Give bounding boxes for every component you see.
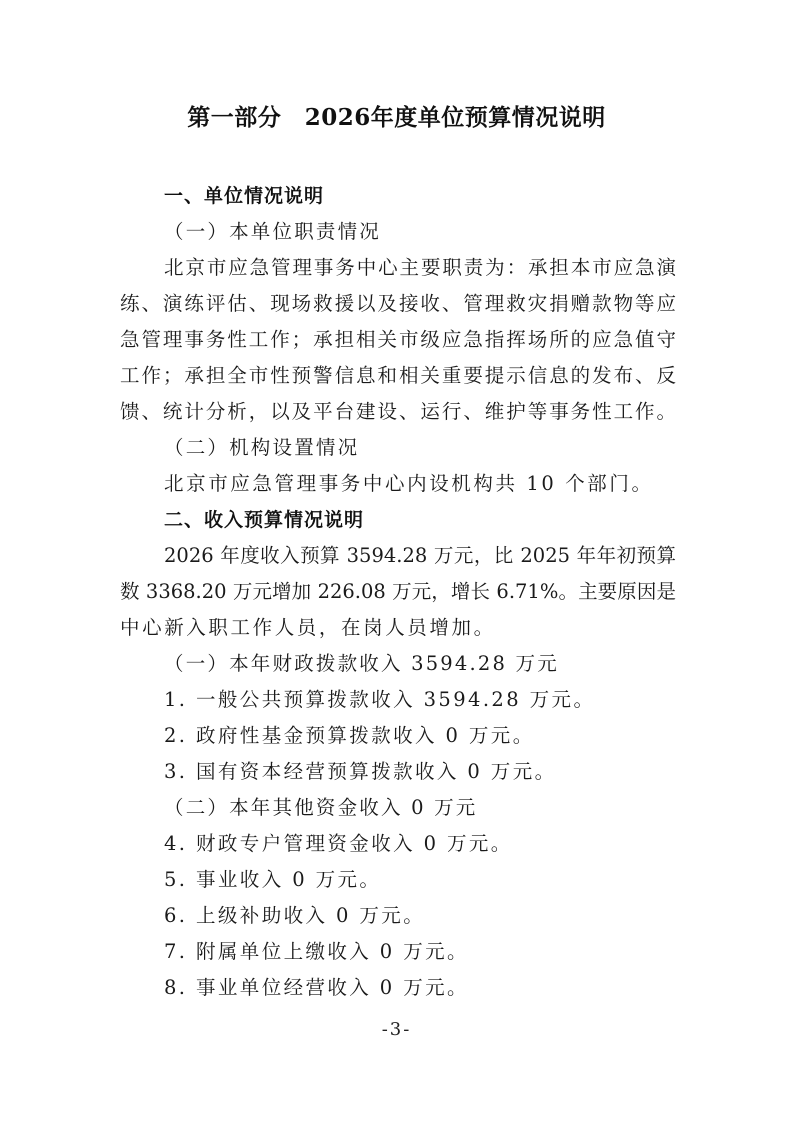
paragraph-line: 工作；承担全市性预警信息和相关重要提示信息的发布、反 <box>120 358 676 394</box>
paragraph-line: 馈、统计分析，以及平台建设、运行、维护等事务性工作。 <box>120 394 676 430</box>
list-item: 4. 财政专户管理资金收入 0 万元。 <box>120 826 676 862</box>
section-heading-unit-overview: 一、单位情况说明 <box>120 178 676 214</box>
subsection-heading-organization: （二）机构设置情况 <box>120 430 676 466</box>
paragraph-line: 北京市应急管理事务中心内设机构共 10 个部门。 <box>120 466 676 502</box>
list-item: 3. 国有资本经营预算拨款收入 0 万元。 <box>120 754 676 790</box>
paragraph-line: 急管理事务性工作；承担相关市级应急指挥场所的应急值守 <box>120 322 676 358</box>
paragraph-line: 练、演练评估、现场救援以及接收、管理救灾捐赠款物等应 <box>120 286 676 322</box>
paragraph-line: 中心新入职工作人员，在岗人员增加。 <box>120 610 676 646</box>
section-heading-income-budget: 二、收入预算情况说明 <box>120 502 676 538</box>
subsection-heading-responsibilities: （一）本单位职责情况 <box>120 214 676 250</box>
document-page: 第一部分 2026年度单位预算情况说明 一、单位情况说明 （一）本单位职责情况 … <box>0 0 793 1122</box>
list-item: 5. 事业收入 0 万元。 <box>120 862 676 898</box>
subsection-heading-fiscal-appropriation: （一）本年财政拨款收入 3594.28 万元 <box>120 646 676 682</box>
paragraph-line: 数 3368.20 万元增加 226.08 万元，增长 6.71%。主要原因是 <box>120 574 676 610</box>
list-item: 2. 政府性基金预算拨款收入 0 万元。 <box>120 718 676 754</box>
subsection-heading-other-funds: （二）本年其他资金收入 0 万元 <box>120 790 676 826</box>
page-title: 第一部分 2026年度单位预算情况说明 <box>0 100 793 136</box>
paragraph-line: 2026 年度收入预算 3594.28 万元，比 2025 年年初预算 <box>120 538 676 574</box>
list-item: 1. 一般公共预算拨款收入 3594.28 万元。 <box>120 682 676 718</box>
document-body: 一、单位情况说明 （一）本单位职责情况 北京市应急管理事务中心主要职责为：承担本… <box>120 178 676 1006</box>
list-item: 7. 附属单位上缴收入 0 万元。 <box>120 934 676 970</box>
paragraph-line: 北京市应急管理事务中心主要职责为：承担本市应急演 <box>120 250 676 286</box>
list-item: 8. 事业单位经营收入 0 万元。 <box>120 970 676 1006</box>
page-number: -3- <box>0 1016 793 1044</box>
list-item: 6. 上级补助收入 0 万元。 <box>120 898 676 934</box>
